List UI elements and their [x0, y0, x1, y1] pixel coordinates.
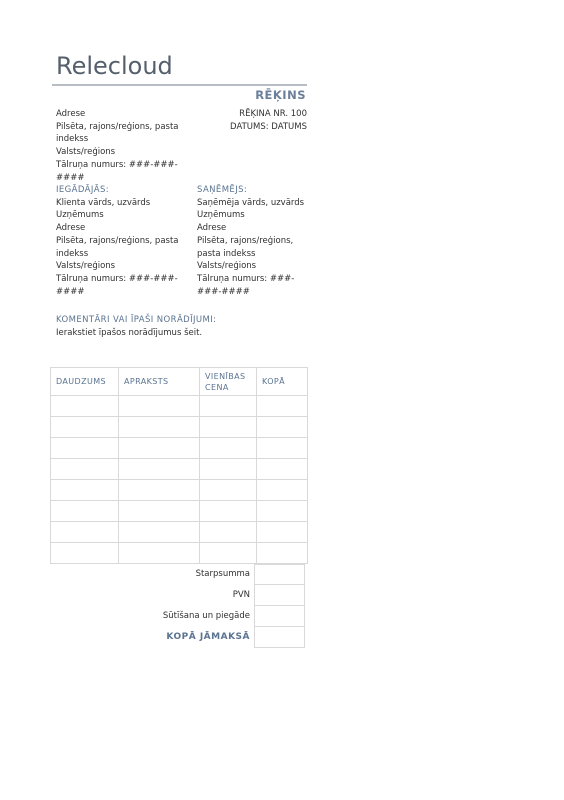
recipient-block: SAŅĒMĒJS: Saņēmēja vārds, uzvārds Uzņēmu…	[197, 184, 317, 298]
table-cell[interactable]	[51, 543, 119, 564]
table-cell[interactable]	[200, 480, 257, 501]
recipient-line: ###-####	[197, 286, 317, 299]
table-cell[interactable]	[51, 522, 119, 543]
table-cell[interactable]	[257, 543, 308, 564]
sender-line: Valsts/reģions	[56, 146, 196, 159]
table-row	[51, 417, 308, 438]
shipping-row: Sūtīšana un piegāde	[150, 606, 307, 627]
table-cell[interactable]	[200, 501, 257, 522]
recipient-label: SAŅĒMĒJS:	[197, 184, 317, 197]
vat-row: PVN	[150, 585, 307, 606]
invoice-date: DATUMS: DATUMS	[177, 121, 307, 134]
table-row	[51, 522, 308, 543]
col-quantity: DAUDZUMS	[51, 368, 119, 396]
table-cell[interactable]	[257, 480, 308, 501]
buyer-line: Klienta vārds, uzvārds	[56, 197, 196, 210]
table-cell[interactable]	[200, 417, 257, 438]
table-cell[interactable]	[119, 396, 200, 417]
comments-section: KOMENTĀRI VAI ĪPAŠI NORĀDĪJUMI: Ieraksti…	[56, 314, 316, 339]
table-cell[interactable]	[200, 543, 257, 564]
table-cell[interactable]	[257, 396, 308, 417]
table-cell[interactable]	[51, 417, 119, 438]
total-label: KOPĀ JĀMAKSĀ	[150, 627, 254, 648]
table-row	[51, 396, 308, 417]
invoice-number: RĒĶINA NR. 100	[177, 108, 307, 121]
table-row	[51, 480, 308, 501]
summary-section: Starpsumma PVN Sūtīšana un piegāde KOPĀ …	[150, 564, 307, 648]
total-value[interactable]	[254, 627, 305, 648]
col-unit-price: VIENĪBAS CENA	[200, 368, 257, 396]
table-cell[interactable]	[51, 438, 119, 459]
shipping-label: Sūtīšana un piegāde	[150, 606, 254, 627]
col-description: APRAKSTS	[119, 368, 200, 396]
table-row	[51, 459, 308, 480]
recipient-line: Saņēmēja vārds, uzvārds	[197, 197, 317, 210]
sender-address: Adrese Pilsēta, rajons/reģions, pasta in…	[56, 108, 196, 184]
table-cell[interactable]	[257, 501, 308, 522]
table-row	[51, 438, 308, 459]
table-cell[interactable]	[257, 417, 308, 438]
table-cell[interactable]	[119, 501, 200, 522]
recipient-line: Adrese	[197, 222, 317, 235]
sender-line: Adrese	[56, 108, 196, 121]
header-divider	[52, 84, 307, 86]
col-total: KOPĀ	[257, 368, 308, 396]
buyer-line: Uzņēmums	[56, 209, 196, 222]
table-cell[interactable]	[119, 459, 200, 480]
table-cell[interactable]	[51, 396, 119, 417]
company-logo: Relecloud	[56, 52, 173, 80]
recipient-line: Pilsēta, rajons/reģions,	[197, 235, 317, 248]
table-cell[interactable]	[51, 480, 119, 501]
table-cell[interactable]	[119, 522, 200, 543]
subtotal-value[interactable]	[254, 564, 305, 585]
sender-line: Pilsēta, rajons/reģions, pasta	[56, 121, 196, 134]
buyer-label: IEGĀDĀJĀS:	[56, 184, 196, 197]
table-cell[interactable]	[200, 459, 257, 480]
buyer-line: indekss	[56, 248, 196, 261]
table-row	[51, 543, 308, 564]
items-table: DAUDZUMS APRAKSTS VIENĪBAS CENA KOPĀ	[50, 367, 308, 564]
vat-label: PVN	[150, 585, 254, 606]
shipping-value[interactable]	[254, 606, 305, 627]
table-cell[interactable]	[119, 480, 200, 501]
invoice-meta: RĒĶINA NR. 100 DATUMS: DATUMS	[177, 108, 307, 133]
table-cell[interactable]	[119, 543, 200, 564]
recipient-line: Tālruņa numurs: ###-	[197, 273, 317, 286]
buyer-line: Tālruņa numurs: ###-###-	[56, 273, 196, 286]
table-cell[interactable]	[119, 438, 200, 459]
table-cell[interactable]	[257, 438, 308, 459]
sender-line: Tālruņa numurs: ###-###-	[56, 159, 196, 172]
buyer-block: IEGĀDĀJĀS: Klienta vārds, uzvārds Uzņēmu…	[56, 184, 196, 298]
buyer-line: Valsts/reģions	[56, 260, 196, 273]
table-cell[interactable]	[200, 522, 257, 543]
sender-line: indekss	[56, 133, 196, 146]
recipient-line: Uzņēmums	[197, 209, 317, 222]
comments-label: KOMENTĀRI VAI ĪPAŠI NORĀDĪJUMI:	[56, 314, 316, 327]
recipient-line: Valsts/reģions	[197, 260, 317, 273]
buyer-line: ####	[56, 286, 196, 299]
total-row: KOPĀ JĀMAKSĀ	[150, 627, 307, 648]
table-cell[interactable]	[119, 417, 200, 438]
buyer-line: Adrese	[56, 222, 196, 235]
table-cell[interactable]	[200, 438, 257, 459]
table-cell[interactable]	[51, 459, 119, 480]
sender-line: ####	[56, 172, 196, 185]
invoice-title: RĒĶINS	[255, 88, 306, 102]
table-header-row: DAUDZUMS APRAKSTS VIENĪBAS CENA KOPĀ	[51, 368, 308, 396]
table-cell[interactable]	[257, 459, 308, 480]
table-row	[51, 501, 308, 522]
table-cell[interactable]	[200, 396, 257, 417]
table-cell[interactable]	[51, 501, 119, 522]
recipient-line: pasta indekss	[197, 248, 317, 261]
table-cell[interactable]	[257, 522, 308, 543]
vat-value[interactable]	[254, 585, 305, 606]
comments-text[interactable]: Ierakstiet īpašos norādījumus šeit.	[56, 327, 316, 340]
subtotal-row: Starpsumma	[150, 564, 307, 585]
buyer-line: Pilsēta, rajons/reģions, pasta	[56, 235, 196, 248]
subtotal-label: Starpsumma	[150, 564, 254, 585]
